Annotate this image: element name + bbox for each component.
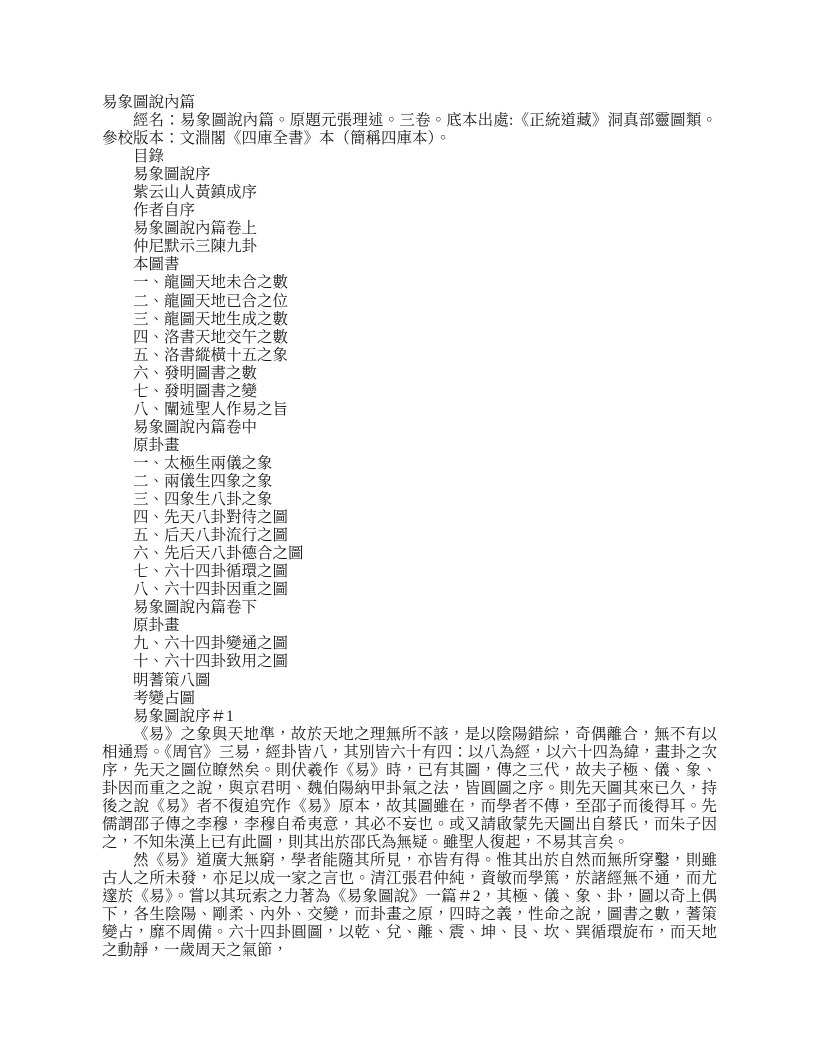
toc-item: 七、發明圖書之變 [133,383,717,401]
toc-item: 六、先后天八卦德合之圖 [133,545,717,563]
preface-paragraph: 《易》之象與天地準，故於天地之理無所不該，是以陰陽錯綜，奇偶離合，無不有以相通焉… [102,726,717,852]
preface-paragraph: 然《易》道廣大無窮，學者能隨其所見，亦皆有得。惟其出於自然而無所穿鑿，則雖古人之… [102,852,717,960]
toc-item: 八、六十四卦因重之圖 [133,581,717,599]
toc-item: 考變占圖 [133,690,717,708]
toc-item: 七、六十四卦循環之圖 [133,563,717,581]
toc-item: 明蓍策八圖 [133,672,717,690]
toc-item: 十、六十四卦致用之圖 [133,653,717,671]
toc-item: 易象圖說內篇卷下 [133,599,717,617]
toc-item: 三、龍圖天地生成之數 [133,311,717,329]
toc-item: 五、后天八卦流行之圖 [133,527,717,545]
toc-item: 原卦畫 [133,437,717,455]
toc-item: 本圖書 [133,256,717,274]
toc-item: 九、六十四卦變通之圖 [133,635,717,653]
toc-item: 作者自序 [133,202,717,220]
toc-item: 二、兩儀生四象之象 [133,473,717,491]
toc-item: 仲尼默示三陳九卦 [133,238,717,256]
toc-item: 六、發明圖書之數 [133,365,717,383]
toc-item: 原卦畫 [133,617,717,635]
toc-item: 八、闡述聖人作易之旨 [133,401,717,419]
toc-item: 易象圖說序 [133,166,717,184]
toc-item: 五、洛書縱橫十五之象 [133,347,717,365]
toc-item: 四、洛書天地交午之數 [133,329,717,347]
toc-item: 二、龍圖天地已合之位 [133,293,717,311]
toc-item: 易象圖說內篇卷中 [133,419,717,437]
toc-item: 一、龍圖天地未合之數 [133,274,717,292]
toc-item: 三、四象生八卦之象 [133,491,717,509]
toc-heading: 目錄 [133,148,717,166]
document-page: 易象圖說內篇 經名：易象圖說內篇。原題元張理述。三卷。底本出處:《正統道藏》洞真… [0,0,816,1056]
toc-item: 四、先天八卦對待之圖 [133,509,717,527]
toc-item: 易象圖說內篇卷上 [133,220,717,238]
source-note: 經名：易象圖說內篇。原題元張理述。三卷。底本出處:《正統道藏》洞真部靈圖類。參校… [102,112,717,148]
section-heading-preface: 易象圖說序＃1 [133,708,717,726]
toc-item: 紫云山人黃鎮成序 [133,184,717,202]
toc-item: 一、太極生兩儀之象 [133,455,717,473]
document-title: 易象圖說內篇 [102,94,717,112]
